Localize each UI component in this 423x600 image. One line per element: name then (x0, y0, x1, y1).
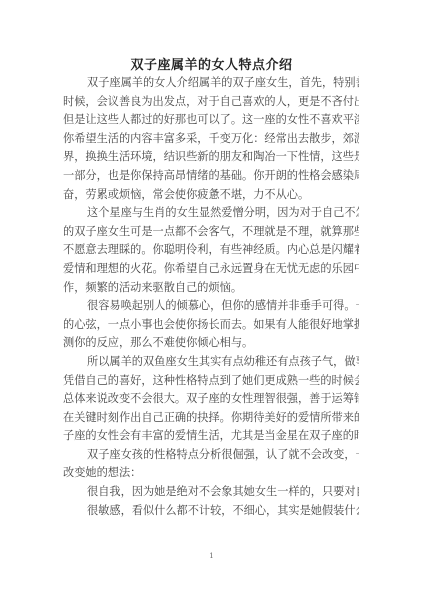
document-body: 双子座属羊的女人介绍属羊的双子座女生，首先，特别善良，她们在做事情的 时候，会议… (63, 74, 359, 520)
body-line: 时候，会议善良为出发点，对于自己喜欢的人，更是不吝付出，觉得自己受点委屈， (63, 93, 359, 112)
page-number: 1 (0, 552, 423, 560)
body-line: 但是让这些人都过的好那也可以了。这一座的女性不喜欢平淡无味的家庭生活， (63, 111, 359, 130)
body-line: 很自我，因为她是绝对不会象其她女生一样的，只要对自己好的都接受； (63, 483, 359, 502)
body-line: 总体来说改变不会很大。双子座的女性理智很强，善于运筹错综复杂的形势并能 (63, 390, 359, 409)
body-line: 爱情和理想的火花。你希望自己永远置身在无忧无虑的乐园中，喜欢用紧张的工 (63, 260, 359, 279)
body-line: 的双子座女生可是一点都不会客气，不理就是不理，就算那些人对她们很好，还是 (63, 223, 359, 242)
body-line: 改变她的想法： (63, 464, 359, 483)
body-line: 凭借自己的喜好，这种性格特点到了她们更成熟一些的时候会有一点改善，但是 (63, 372, 359, 391)
document-page: 双子座属羊的女人特点介绍 双子座属羊的女人介绍属羊的双子座女生，首先，特别善良，… (0, 0, 423, 600)
body-line: 不愿意去理睬的。你聪明伶利，有些神经质。内心总是闪耀着美好，欢乐，幸福， (63, 241, 359, 260)
body-line: 的心弦，一点小事也会使你扬长而去。如果有人能很好地掌握你的性格特点，预 (63, 316, 359, 335)
body-line: 奋，劳累或烦恼，常会使你疲惫不堪，力不从心。 (63, 186, 359, 205)
body-line: 很容易唤起别人的倾慕心，但你的感情并非垂手可得。一句话就可能触动你 (63, 297, 359, 316)
body-line: 这个星座与生肖的女生显然爱憎分明，因为对于自己不怎么喜欢的人，属羊 (63, 204, 359, 223)
body-line: 界，换换生活环境，结识些新的朋友和陶冶一下性情，这些是你生活中不可缺少的 (63, 148, 359, 167)
body-line: 双子座女孩的性格特点分析很倔强，认了就不会改变，一旦下了定义，就别想 (63, 446, 359, 465)
body-line: 一部分，也是你保持高昂情绪的基础。你开朗的性格会感染周围的人。过度的勤 (63, 167, 359, 186)
body-line: 测你的反应，那么不难使你倾心相与。 (63, 334, 359, 353)
body-line: 所以属羊的双鱼座女生其实有点幼稚还有点孩子气，做事情不是很成熟，全 (63, 353, 359, 372)
document-title: 双子座属羊的女人特点介绍 (0, 54, 423, 73)
body-line: 双子座属羊的女人介绍属羊的双子座女生，首先，特别善良，她们在做事情的 (63, 74, 359, 93)
body-line: 很敏感，看似什么都不计较，不细心，其实是她假装什么都不知道； (63, 502, 359, 521)
body-line: 作，频繁的活动来驱散自己的烦恼。 (63, 279, 359, 298)
body-line: 子座的女性会有丰富的爱情生活，尤其是当金星在双子座的时候。 (63, 427, 359, 446)
body-line: 在关键时刻作出自己正确的抉择。你期待美好的爱情所带来的欢乐。一般说，双 (63, 409, 359, 428)
body-line: 你希望生活的内容丰富多采，千变万化：经常出去散步，郊游或旅行，开阔一下眼 (63, 130, 359, 149)
